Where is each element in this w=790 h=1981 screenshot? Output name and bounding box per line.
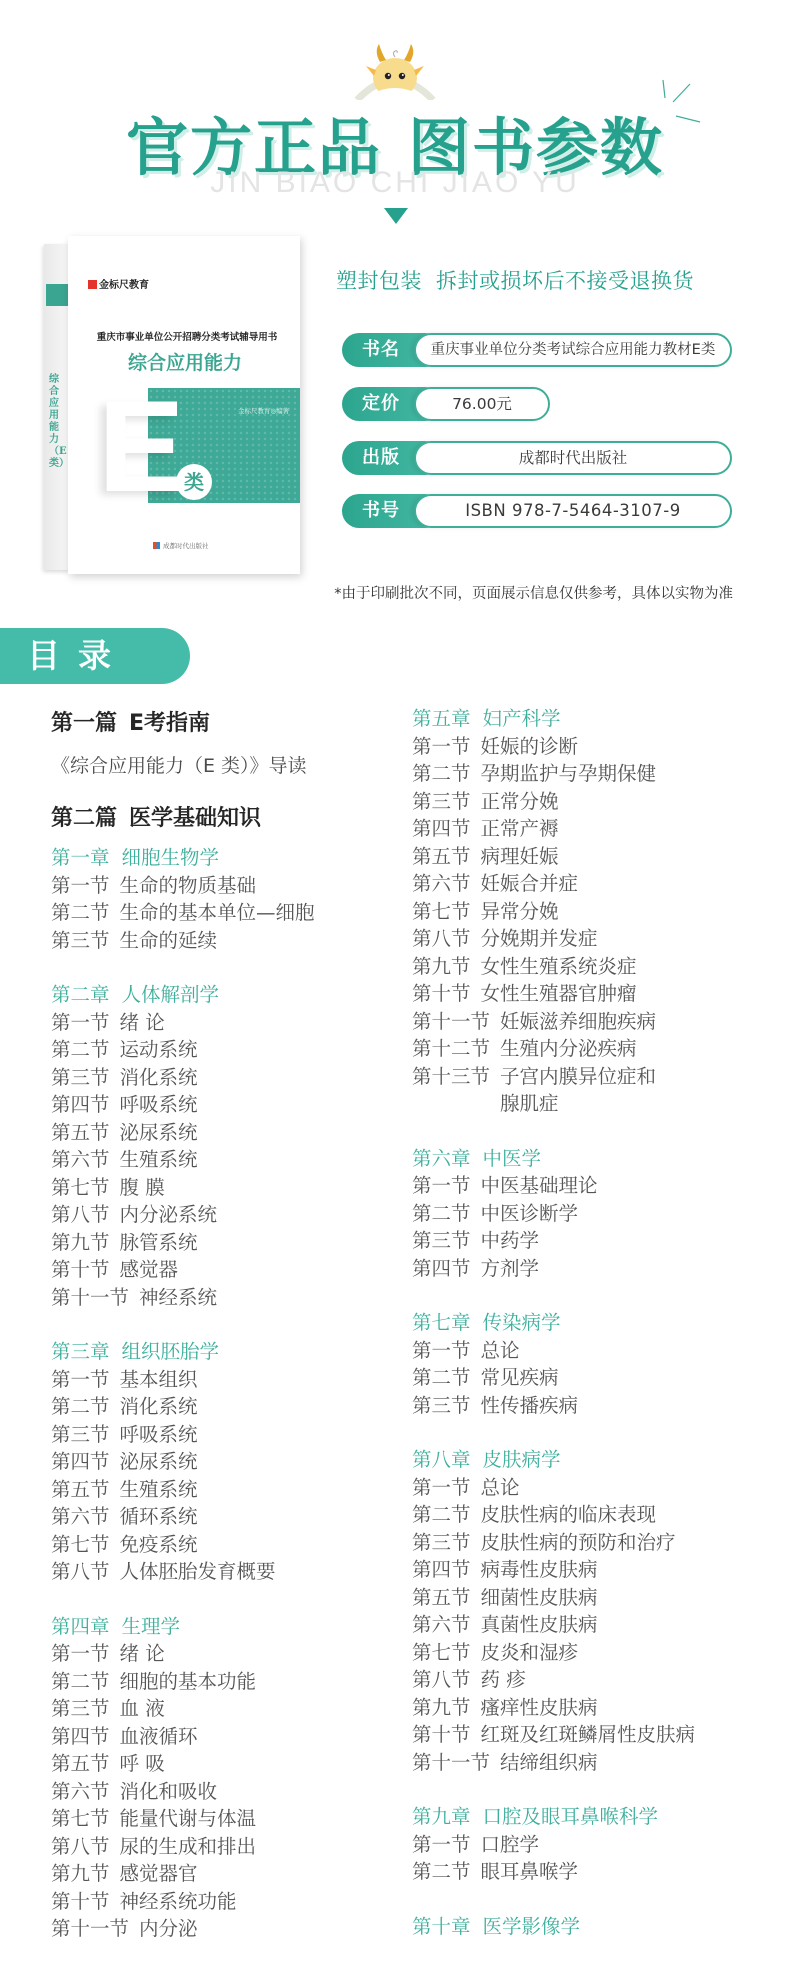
part-number: 第二篇 [51, 806, 117, 831]
chapter-number: 第七章 [412, 1311, 471, 1334]
section-title: 绪 论 [120, 1009, 165, 1037]
chapter-number: 第三章 [51, 1340, 110, 1363]
section-number: 第四节 [51, 1723, 110, 1751]
section-title: 细菌性皮肤病 [481, 1584, 598, 1612]
chapter-number: 第九章 [412, 1805, 471, 1828]
toc-section-item: 第九节脉管系统 [51, 1229, 381, 1257]
section-title: 生命的物质基础 [120, 872, 257, 900]
toc-section-item: 第十二节生殖内分泌疾病 [412, 1035, 782, 1063]
section-number: 第九节 [412, 953, 471, 981]
section-title: 分娩期并发症 [481, 925, 598, 953]
notice-part2: 拆封或损坏后不接受退换货 [436, 269, 694, 293]
section-title: 总论 [481, 1474, 520, 1502]
chapter-title: 第三章组织胚胎学 [51, 1338, 381, 1366]
section-title: 呼吸系统 [120, 1421, 198, 1449]
toc-section-item: 第二节生命的基本单位—细胞 [51, 899, 381, 927]
part-title: 第一篇E考指南 [51, 708, 381, 739]
section-number: 第一节 [51, 1009, 110, 1037]
section-title: 消化系统 [120, 1393, 198, 1421]
sparkle-lines-icon [660, 78, 720, 126]
section-title: 皮肤性病的预防和治疗 [481, 1529, 676, 1557]
toc-chapter: 第一章细胞生物学第一节生命的物质基础第二节生命的基本单位—细胞第三节生命的延续 [51, 844, 381, 954]
packaging-notice: 塑封包装拆封或损坏后不接受退换货 [336, 265, 694, 295]
section-number: 第一节 [412, 1337, 471, 1365]
section-title: 绪 论 [120, 1640, 165, 1668]
section-title: 生命的基本单位—细胞 [120, 899, 315, 927]
section-number: 第一节 [51, 1366, 110, 1394]
chapter-title: 第十章医学影像学 [412, 1913, 782, 1941]
section-title: 真菌性皮肤病 [481, 1611, 598, 1639]
book-front-cover: 金标尺教育 重庆市事业单位公开招聘分类考试辅导用书 综合应用能力 金标尺教育◎编… [68, 236, 300, 574]
section-number: 第三节 [412, 1529, 471, 1557]
section-number: 第二节 [412, 760, 471, 788]
toc-section-item: 第五节泌尿系统 [51, 1119, 381, 1147]
toc-chapter: 第八章皮肤病学第一节总论第二节皮肤性病的临床表现第三节皮肤性病的预防和治疗第四节… [412, 1446, 782, 1776]
section-title: 方剂学 [481, 1255, 540, 1283]
cover-author: 金标尺教育◎编著 [238, 406, 289, 415]
section-number: 第九节 [51, 1860, 110, 1888]
section-title: 性传播疾病 [481, 1392, 579, 1420]
toc-section-item: 第七节能量代谢与体温 [51, 1805, 381, 1833]
toc-section-item: 第七节异常分娩 [412, 898, 782, 926]
section-number: 第七节 [51, 1174, 110, 1202]
toc-section-item: 第十节神经系统功能 [51, 1888, 381, 1916]
toc-section-item: 第六节生殖系统 [51, 1146, 381, 1174]
section-number: 第十节 [412, 1721, 471, 1749]
toc-section-item: 第六节循环系统 [51, 1503, 381, 1531]
toc-section-item: 第六节消化和吸收 [51, 1778, 381, 1806]
section-title: 口腔学 [481, 1831, 540, 1859]
section-title: 妊娠滋养细胞疾病 [500, 1008, 656, 1036]
section-number: 第七节 [412, 898, 471, 926]
section-number: 第二节 [412, 1501, 471, 1529]
toc-section-item: 第二节孕期监护与孕期保健 [412, 760, 782, 788]
chapter-title: 第五章妇产科学 [412, 705, 782, 733]
section-title: 尿的生成和排出 [120, 1833, 257, 1861]
section-title: 异常分娩 [481, 898, 559, 926]
section-title: 血液循环 [120, 1723, 198, 1751]
chapter-number: 第四章 [51, 1615, 110, 1638]
section-number: 第六节 [51, 1503, 110, 1531]
toc-section-item: 第一节中医基础理论 [412, 1172, 782, 1200]
notice-part1: 塑封包装 [336, 269, 422, 293]
section-number: 第一节 [412, 1172, 471, 1200]
chapter-number: 第一章 [51, 846, 110, 869]
section-title: 正常产褥 [481, 815, 559, 843]
section-title: 能量代谢与体温 [120, 1805, 257, 1833]
right-chapter-list: 第五章妇产科学第一节妊娠的诊断第二节孕期监护与孕期保健第三节正常分娩第四节正常产… [412, 705, 782, 1940]
toc-section-item: 第五节呼 吸 [51, 1750, 381, 1778]
cover-brand: 金标尺教育 [88, 276, 149, 291]
section-number: 第二节 [412, 1200, 471, 1228]
section-title: 眼耳鼻喉学 [481, 1858, 579, 1886]
toc-section-item: 第二节细胞的基本功能 [51, 1668, 381, 1696]
section-title: 基本组织 [120, 1366, 198, 1394]
chapter-name: 皮肤病学 [483, 1448, 561, 1471]
chapter-title: 第八章皮肤病学 [412, 1446, 782, 1474]
section-number: 第五节 [51, 1750, 110, 1778]
toc-section-item: 第一节基本组织 [51, 1366, 381, 1394]
toc-chapter: 第五章妇产科学第一节妊娠的诊断第二节孕期监护与孕期保健第三节正常分娩第四节正常产… [412, 705, 782, 1118]
section-title: 消化系统 [120, 1064, 198, 1092]
section-title: 内分泌 [139, 1915, 198, 1943]
section-title: 生殖系统 [120, 1146, 198, 1174]
section-title: 神经系统 [139, 1284, 217, 1312]
section-title: 消化和吸收 [120, 1778, 218, 1806]
chapter-number: 第十章 [412, 1915, 471, 1938]
section-title: 病理妊娠 [481, 843, 559, 871]
section-number: 第五节 [51, 1476, 110, 1504]
section-title: 呼 吸 [120, 1750, 165, 1778]
chapter-number: 第六章 [412, 1147, 471, 1170]
bull-mascot-icon [352, 40, 438, 100]
toc-section-item: 第七节皮炎和湿疹 [412, 1639, 782, 1667]
toc-chapter: 第十章医学影像学 [412, 1913, 782, 1941]
toc-chapter: 第三章组织胚胎学第一节基本组织第二节消化系统第三节呼吸系统第四节泌尿系统第五节生… [51, 1338, 381, 1586]
toc-section-item: 第三节消化系统 [51, 1064, 381, 1092]
toc-section-item: 第四节正常产褥 [412, 815, 782, 843]
section-number: 第六节 [51, 1146, 110, 1174]
toc-section-item: 第十节红斑及红斑鳞屑性皮肤病 [412, 1721, 782, 1749]
section-title: 女性生殖系统炎症 [481, 953, 637, 981]
toc-chapter: 第六章中医学第一节中医基础理论第二节中医诊断学第三节中药学第四节方剂学 [412, 1145, 782, 1283]
section-number: 第三节 [412, 788, 471, 816]
info-value: 成都时代出版社 [414, 441, 732, 475]
section-number: 第八节 [412, 1666, 471, 1694]
chapter-number: 第八章 [412, 1448, 471, 1471]
toc-section-item: 第二节眼耳鼻喉学 [412, 1858, 782, 1886]
part-name: 医学基础知识 [129, 806, 261, 831]
toc-section-item: 第五节病理妊娠 [412, 843, 782, 871]
section-number: 第八节 [51, 1558, 110, 1586]
section-title: 泌尿系统 [120, 1448, 198, 1476]
left-chapter-list: 第一章细胞生物学第一节生命的物质基础第二节生命的基本单位—细胞第三节生命的延续第… [51, 844, 381, 1943]
section-title: 妊娠的诊断 [481, 733, 579, 761]
toc-section-item: 第二节消化系统 [51, 1393, 381, 1421]
chapter-name: 口腔及眼耳鼻喉科学 [483, 1805, 659, 1828]
book-spine: 综合应用能力（E类） [44, 244, 70, 570]
chapter-title: 第四章生理学 [51, 1613, 381, 1641]
section-title: 循环系统 [120, 1503, 198, 1531]
section-title: 运动系统 [120, 1036, 198, 1064]
toc-section-item: 第三节正常分娩 [412, 788, 782, 816]
section-number: 第十节 [51, 1888, 110, 1916]
toc-section-item: 第四节呼吸系统 [51, 1091, 381, 1119]
chapter-name: 中医学 [483, 1147, 542, 1170]
section-number: 第十节 [51, 1256, 110, 1284]
spine-logo-icon [46, 284, 68, 306]
toc-section-item: 第十三节子宫内膜异位症和 腺肌症 [412, 1063, 782, 1118]
section-number: 第五节 [412, 1584, 471, 1612]
toc-section-tab: 目录 [0, 628, 190, 684]
cover-publisher: 成都时代出版社 [153, 541, 209, 550]
section-title: 中医诊断学 [481, 1200, 579, 1228]
section-title: 细胞的基本功能 [120, 1668, 257, 1696]
info-value: 76.00元 [414, 387, 550, 421]
toc-section-item: 第七节腹 膜 [51, 1174, 381, 1202]
section-title: 病毒性皮肤病 [481, 1556, 598, 1584]
chapter-name: 妇产科学 [483, 707, 561, 730]
toc-section-item: 第十一节神经系统 [51, 1284, 381, 1312]
toc-section-item: 第一节生命的物质基础 [51, 872, 381, 900]
section-number: 第四节 [412, 1556, 471, 1584]
toc-section-item: 第八节分娩期并发症 [412, 925, 782, 953]
section-title: 药 疹 [481, 1666, 526, 1694]
section-number: 第四节 [412, 815, 471, 843]
section-number: 第十一节 [412, 1749, 490, 1777]
section-number: 第三节 [51, 927, 110, 955]
chapter-name: 细胞生物学 [122, 846, 220, 869]
section-number: 第十一节 [51, 1915, 129, 1943]
toc-section-item: 第十一节妊娠滋养细胞疾病 [412, 1008, 782, 1036]
toc-section-item: 第三节生命的延续 [51, 927, 381, 955]
section-number: 第十一节 [412, 1008, 490, 1036]
section-number: 第二节 [51, 899, 110, 927]
section-title: 妊娠合并症 [481, 870, 579, 898]
chapter-name: 人体解剖学 [122, 983, 220, 1006]
toc-section-item: 第一节总论 [412, 1474, 782, 1502]
toc-section-item: 第六节真菌性皮肤病 [412, 1611, 782, 1639]
section-number: 第五节 [51, 1119, 110, 1147]
section-title: 皮炎和湿疹 [481, 1639, 579, 1667]
toc-part-1: 第一篇E考指南 《综合应用能力（E 类）》导读 [51, 708, 381, 781]
toc-section-item: 第十节感觉器 [51, 1256, 381, 1284]
toc-section-item: 第二节皮肤性病的临床表现 [412, 1501, 782, 1529]
chapter-title: 第六章中医学 [412, 1145, 782, 1173]
section-number: 第六节 [51, 1778, 110, 1806]
section-number: 第一节 [51, 872, 110, 900]
section-number: 第七节 [51, 1531, 110, 1559]
toc-section-item: 第三节皮肤性病的预防和治疗 [412, 1529, 782, 1557]
toc-section-item: 第二节常见疾病 [412, 1364, 782, 1392]
section-title: 生命的延续 [120, 927, 218, 955]
section-number: 第一节 [412, 1831, 471, 1859]
section-number: 第一节 [412, 733, 471, 761]
section-title: 红斑及红斑鳞屑性皮肤病 [481, 1721, 696, 1749]
section-title: 瘙痒性皮肤病 [481, 1694, 598, 1722]
section-number: 第九节 [51, 1229, 110, 1257]
toc-section-item: 第三节血 液 [51, 1695, 381, 1723]
info-value: 重庆事业单位分类考试综合应用能力教材E类 [414, 333, 732, 367]
section-number: 第八节 [51, 1201, 110, 1229]
toc-section-item: 第一节口腔学 [412, 1831, 782, 1859]
toc-section-item: 第八节内分泌系统 [51, 1201, 381, 1229]
section-number: 第二节 [51, 1668, 110, 1696]
chapter-title: 第七章传染病学 [412, 1309, 782, 1337]
section-number: 第二节 [412, 1364, 471, 1392]
section-number: 第九节 [412, 1694, 471, 1722]
section-title: 皮肤性病的临床表现 [481, 1501, 657, 1529]
section-title: 腹 膜 [120, 1174, 165, 1202]
toc-section-item: 第五节生殖系统 [51, 1476, 381, 1504]
section-title: 人体胚胎发育概要 [120, 1558, 276, 1586]
section-number: 第四节 [51, 1448, 110, 1476]
section-number: 第二节 [51, 1036, 110, 1064]
section-title: 孕期监护与孕期保健 [481, 760, 657, 788]
info-value: ISBN 978-7-5464-3107-9 [414, 494, 732, 528]
section-title: 女性生殖器官肿瘤 [481, 980, 637, 1008]
section-title: 子宫内膜异位症和 腺肌症 [500, 1063, 656, 1118]
toc-section-item: 第一节绪 论 [51, 1640, 381, 1668]
section-number: 第六节 [412, 1611, 471, 1639]
section-title: 中药学 [481, 1227, 540, 1255]
section-number: 第一节 [51, 1640, 110, 1668]
toc-section-item: 第九节感觉器官 [51, 1860, 381, 1888]
toc-section-item: 第九节瘙痒性皮肤病 [412, 1694, 782, 1722]
chapter-name: 医学影像学 [483, 1915, 581, 1938]
section-title: 结缔组织病 [500, 1749, 598, 1777]
toc-section-item: 第四节方剂学 [412, 1255, 782, 1283]
cover-category-badge: 类 [176, 464, 212, 500]
toc-chapter: 第四章生理学第一节绪 论第二节细胞的基本功能第三节血 液第四节血液循环第五节呼 … [51, 1613, 381, 1943]
part-name: E考指南 [129, 711, 210, 736]
toc-part-2: 第二篇医学基础知识 [51, 803, 381, 834]
book-cover-image: 综合应用能力（E类） 金标尺教育 重庆市事业单位公开招聘分类考试辅导用书 综合应… [44, 236, 302, 576]
chapter-name: 传染病学 [483, 1311, 561, 1334]
down-triangle-icon [384, 208, 408, 224]
section-title: 总论 [481, 1337, 520, 1365]
toc-section-item: 第七节免疫系统 [51, 1531, 381, 1559]
chapter-title: 第九章口腔及眼耳鼻喉科学 [412, 1803, 782, 1831]
chapter-number: 第二章 [51, 983, 110, 1006]
toc-section-item: 第五节细菌性皮肤病 [412, 1584, 782, 1612]
section-number: 第六节 [412, 870, 471, 898]
toc-section-item: 第一节妊娠的诊断 [412, 733, 782, 761]
section-number: 第七节 [51, 1805, 110, 1833]
part-number: 第一篇 [51, 711, 117, 736]
section-number: 第八节 [412, 925, 471, 953]
section-title: 常见疾病 [481, 1364, 559, 1392]
section-title: 感觉器 [120, 1256, 179, 1284]
spine-title: 综合应用能力（E类） [49, 374, 65, 470]
toc-section-item: 第九节女性生殖系统炎症 [412, 953, 782, 981]
part-title: 第二篇医学基础知识 [51, 803, 381, 834]
section-title: 正常分娩 [481, 788, 559, 816]
chapter-title: 第一章细胞生物学 [51, 844, 381, 872]
section-number: 第三节 [51, 1064, 110, 1092]
toc-section-item: 第三节呼吸系统 [51, 1421, 381, 1449]
section-number: 第四节 [51, 1091, 110, 1119]
toc-left-column: 第一篇E考指南 《综合应用能力（E 类）》导读 第二篇医学基础知识 第一章细胞生… [51, 708, 381, 1970]
section-number: 第二节 [412, 1858, 471, 1886]
toc-section-item: 第三节性传播疾病 [412, 1392, 782, 1420]
section-number: 第三节 [412, 1392, 471, 1420]
toc-section-item: 第二节运动系统 [51, 1036, 381, 1064]
toc-chapter: 第九章口腔及眼耳鼻喉科学第一节口腔学第二节眼耳鼻喉学 [412, 1803, 782, 1886]
section-title: 中医基础理论 [481, 1172, 598, 1200]
section-title: 免疫系统 [120, 1531, 198, 1559]
section-title: 感觉器官 [120, 1860, 198, 1888]
chapter-name: 生理学 [122, 1615, 181, 1638]
toc-section-item: 第四节泌尿系统 [51, 1448, 381, 1476]
cover-big-letter: E [98, 381, 185, 511]
section-number: 第七节 [412, 1639, 471, 1667]
chapter-title: 第二章人体解剖学 [51, 981, 381, 1009]
part-intro-line: 《综合应用能力（E 类）》导读 [51, 751, 381, 781]
toc-chapter: 第二章人体解剖学第一节绪 论第二节运动系统第三节消化系统第四节呼吸系统第五节泌尿… [51, 981, 381, 1311]
section-title: 生殖系统 [120, 1476, 198, 1504]
toc-section-item: 第八节尿的生成和排出 [51, 1833, 381, 1861]
section-number: 第十节 [412, 980, 471, 1008]
toc-chapter: 第七章传染病学第一节总论第二节常见疾病第三节性传播疾病 [412, 1309, 782, 1419]
toc-section-item: 第一节绪 论 [51, 1009, 381, 1037]
section-title: 血 液 [120, 1695, 165, 1723]
section-title: 泌尿系统 [120, 1119, 198, 1147]
section-number: 第十二节 [412, 1035, 490, 1063]
toc-section-item: 第八节人体胚胎发育概要 [51, 1558, 381, 1586]
cover-subtitle: 重庆市事业单位公开招聘分类考试辅导用书 [82, 329, 292, 343]
section-number: 第二节 [51, 1393, 110, 1421]
section-title: 脉管系统 [120, 1229, 198, 1257]
section-title: 内分泌系统 [120, 1201, 218, 1229]
section-number: 第八节 [51, 1833, 110, 1861]
toc-section-item: 第四节病毒性皮肤病 [412, 1556, 782, 1584]
section-title: 神经系统功能 [120, 1888, 237, 1916]
toc-section-item: 第十一节结缔组织病 [412, 1749, 782, 1777]
section-number: 第三节 [51, 1421, 110, 1449]
section-number: 第十三节 [412, 1063, 490, 1118]
chapter-number: 第五章 [412, 707, 471, 730]
section-number: 第一节 [412, 1474, 471, 1502]
toc-section-item: 第八节药 疹 [412, 1666, 782, 1694]
section-number: 第四节 [412, 1255, 471, 1283]
toc-right-column: 第五章妇产科学第一节妊娠的诊断第二节孕期监护与孕期保健第三节正常分娩第四节正常产… [412, 705, 782, 1967]
section-number: 第三节 [51, 1695, 110, 1723]
print-disclaimer: *由于印刷批次不同，页面展示信息仅供参考，具体以实物为准 [334, 582, 733, 603]
section-title: 呼吸系统 [120, 1091, 198, 1119]
section-number: 第五节 [412, 843, 471, 871]
chapter-name: 组织胚胎学 [122, 1340, 220, 1363]
section-number: 第十一节 [51, 1284, 129, 1312]
toc-section-item: 第十节女性生殖器官肿瘤 [412, 980, 782, 1008]
toc-section-item: 第三节中药学 [412, 1227, 782, 1255]
toc-section-item: 第六节妊娠合并症 [412, 870, 782, 898]
toc-section-item: 第一节总论 [412, 1337, 782, 1365]
brand-watermark: JIN BIAO CHI JIAO YU [0, 166, 790, 200]
toc-section-item: 第四节血液循环 [51, 1723, 381, 1751]
cover-main-title: 综合应用能力 [128, 348, 242, 375]
section-title: 生殖内分泌疾病 [500, 1035, 637, 1063]
section-number: 第三节 [412, 1227, 471, 1255]
toc-section-item: 第二节中医诊断学 [412, 1200, 782, 1228]
toc-section-item: 第十一节内分泌 [51, 1915, 381, 1943]
